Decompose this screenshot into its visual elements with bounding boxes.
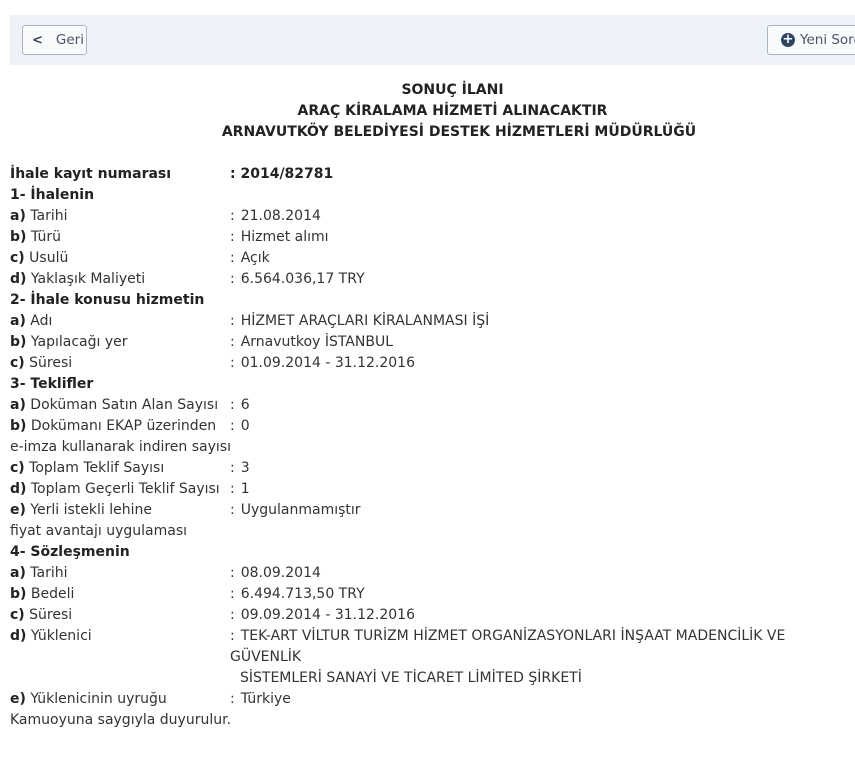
record-number-row: İhale kayıt numarası : 2014/82781 bbox=[10, 164, 855, 185]
field-label: c) Usulü bbox=[10, 248, 228, 269]
field-label: b) Yapılacağı yer bbox=[10, 332, 228, 353]
field-letter: b) bbox=[10, 586, 26, 602]
field-row: d) Toplam Geçerli Teklif Sayısı:1 bbox=[10, 479, 855, 500]
section-title: 1- İhalenin bbox=[10, 185, 855, 206]
field-value-text: 1 bbox=[241, 481, 250, 497]
colon-separator: : bbox=[230, 691, 235, 707]
field-row: a) Doküman Satın Alan Sayısı:6 bbox=[10, 395, 855, 416]
field-row: e) Yerli istekli lehine:Uygulanmamıştır bbox=[10, 500, 855, 521]
field-row: c) Süresi:09.09.2014 - 31.12.2016 bbox=[10, 605, 855, 626]
field-value: :21.08.2014 bbox=[228, 206, 855, 227]
field-letter: e) bbox=[10, 691, 26, 707]
field-label-text: Süresi bbox=[25, 355, 72, 371]
field-value: :3 bbox=[228, 458, 855, 479]
field-value: :6 bbox=[228, 395, 855, 416]
field-value-text: 08.09.2014 bbox=[241, 565, 321, 581]
colon-separator: : bbox=[230, 586, 235, 602]
empty-label bbox=[10, 668, 228, 689]
field-row-continuation: SİSTEMLERİ SANAYİ VE TİCARET LİMİTED ŞİR… bbox=[10, 668, 855, 689]
colon-separator: : bbox=[230, 481, 235, 497]
field-value-text: Açık bbox=[241, 250, 270, 266]
field-value: :6.564.036,17 TRY bbox=[228, 269, 855, 290]
field-label-text: Tarihi bbox=[26, 565, 68, 581]
field-value-text: 0 bbox=[241, 418, 250, 434]
colon-separator: : bbox=[230, 397, 235, 413]
field-value-line2: SİSTEMLERİ SANAYİ VE TİCARET LİMİTED ŞİR… bbox=[228, 668, 855, 689]
new-query-button[interactable]: + Yeni Sorg bbox=[767, 25, 855, 55]
field-letter: c) bbox=[10, 607, 25, 623]
field-label: a) Tarihi bbox=[10, 206, 228, 227]
field-value-text: 09.09.2014 - 31.12.2016 bbox=[241, 607, 415, 623]
colon-separator: : bbox=[230, 355, 235, 371]
field-value-text: Uygulanmamıştır bbox=[241, 502, 361, 518]
plus-circle-icon: + bbox=[781, 33, 795, 47]
field-value-text: 01.09.2014 - 31.12.2016 bbox=[241, 355, 415, 371]
field-row: b) Yapılacağı yer:Arnavutkoy İSTANBUL bbox=[10, 332, 855, 353]
toolbar: < Geri + Yeni Sorg bbox=[10, 15, 855, 65]
announcement-body: İhale kayıt numarası : 2014/82781 1- İha… bbox=[10, 164, 855, 731]
field-value: :Uygulanmamıştır bbox=[228, 500, 855, 521]
field-label-text: Adı bbox=[26, 313, 53, 329]
field-value: :Açık bbox=[228, 248, 855, 269]
field-letter: b) bbox=[10, 334, 26, 350]
field-label-text: Yüklenicinin uyruğu bbox=[26, 691, 167, 707]
chevron-left-icon: < bbox=[32, 33, 43, 48]
field-value: :Arnavutkoy İSTANBUL bbox=[228, 332, 855, 353]
field-letter: a) bbox=[10, 397, 26, 413]
field-row: b) Bedeli:6.494.713,50 TRY bbox=[10, 584, 855, 605]
field-letter: a) bbox=[10, 313, 26, 329]
colon-separator: : bbox=[230, 565, 235, 581]
field-value-text: Türkiye bbox=[241, 691, 291, 707]
record-number-label: İhale kayıt numarası bbox=[10, 164, 228, 185]
field-value: :HİZMET ARAÇLARI KİRALANMASI İŞİ bbox=[228, 311, 855, 332]
colon-separator: : bbox=[230, 334, 235, 350]
colon-separator: : bbox=[230, 502, 235, 518]
field-value: :08.09.2014 bbox=[228, 563, 855, 584]
field-value: :0 bbox=[228, 416, 855, 437]
field-letter: d) bbox=[10, 628, 26, 644]
field-label-text: Tarihi bbox=[26, 208, 68, 224]
field-row: c) Usulü:Açık bbox=[10, 248, 855, 269]
field-value: :1 bbox=[228, 479, 855, 500]
field-value-text: HİZMET ARAÇLARI KİRALANMASI İŞİ bbox=[241, 313, 490, 329]
colon-separator: : bbox=[230, 460, 235, 476]
field-label-text: Yerli istekli lehine bbox=[26, 502, 152, 518]
field-label-text: Yapılacağı yer bbox=[26, 334, 127, 350]
field-letter: d) bbox=[10, 481, 26, 497]
announcement-header: SONUÇ İLANI ARAÇ KİRALAMA HİZMETİ ALINAC… bbox=[0, 80, 855, 143]
field-value-text: TEK-ART VİLTUR TURİZM HİZMET ORGANİZASYO… bbox=[230, 628, 785, 665]
field-label-text: Bedeli bbox=[26, 586, 74, 602]
field-label: d) Yüklenici bbox=[10, 626, 228, 668]
field-letter: a) bbox=[10, 208, 26, 224]
field-value: :01.09.2014 - 31.12.2016 bbox=[228, 353, 855, 374]
back-button[interactable]: < Geri bbox=[22, 25, 87, 55]
field-label-text: Toplam Teklif Sayısı bbox=[25, 460, 165, 476]
field-value-text: Hizmet alımı bbox=[241, 229, 329, 245]
field-row: b) Türü:Hizmet alımı bbox=[10, 227, 855, 248]
sections: 1- İhalenina) Tarihi:21.08.2014b) Türü:H… bbox=[10, 185, 855, 710]
field-value: :TEK-ART VİLTUR TURİZM HİZMET ORGANİZASY… bbox=[228, 626, 855, 668]
field-value-text: 6 bbox=[241, 397, 250, 413]
field-letter: b) bbox=[10, 418, 26, 434]
colon-separator: : bbox=[230, 271, 235, 287]
field-row: a) Tarihi:08.09.2014 bbox=[10, 563, 855, 584]
field-letter: e) bbox=[10, 502, 26, 518]
field-label: a) Doküman Satın Alan Sayısı bbox=[10, 395, 228, 416]
footer-text: Kamuoyuna saygıyla duyurulur. bbox=[10, 710, 855, 731]
colon-separator: : bbox=[230, 607, 235, 623]
title-line-1: SONUÇ İLANI bbox=[0, 80, 855, 101]
back-button-label: Geri bbox=[56, 32, 84, 48]
field-label: a) Adı bbox=[10, 311, 228, 332]
field-label: c) Süresi bbox=[10, 353, 228, 374]
field-label-text: Dokümanı EKAP üzerinden bbox=[26, 418, 216, 434]
field-value-text: 6.494.713,50 TRY bbox=[241, 586, 365, 602]
field-label: b) Dokümanı EKAP üzerinden bbox=[10, 416, 228, 437]
field-value: :09.09.2014 - 31.12.2016 bbox=[228, 605, 855, 626]
colon-separator: : bbox=[230, 628, 235, 644]
field-label-text: Türü bbox=[26, 229, 61, 245]
record-number-value: : 2014/82781 bbox=[228, 164, 855, 185]
field-letter: c) bbox=[10, 460, 25, 476]
field-label: a) Tarihi bbox=[10, 563, 228, 584]
field-label-text: Yüklenici bbox=[26, 628, 91, 644]
field-label: b) Türü bbox=[10, 227, 228, 248]
section-title: 3- Teklifler bbox=[10, 374, 855, 395]
colon-separator: : bbox=[230, 208, 235, 224]
field-letter: d) bbox=[10, 271, 26, 287]
field-label: e) Yerli istekli lehine bbox=[10, 500, 228, 521]
section-title: 2- İhale konusu hizmetin bbox=[10, 290, 855, 311]
field-letter: b) bbox=[10, 229, 26, 245]
field-row: c) Toplam Teklif Sayısı:3 bbox=[10, 458, 855, 479]
field-label-text: Süresi bbox=[25, 607, 72, 623]
field-letter: c) bbox=[10, 355, 25, 371]
field-label-text: Yaklaşık Maliyeti bbox=[26, 271, 145, 287]
field-label: d) Yaklaşık Maliyeti bbox=[10, 269, 228, 290]
field-row: b) Dokümanı EKAP üzerinden:0 bbox=[10, 416, 855, 437]
field-row: e) Yüklenicinin uyruğu:Türkiye bbox=[10, 689, 855, 710]
new-query-label: Yeni Sorg bbox=[800, 32, 855, 48]
title-line-3: ARNAVUTKÖY BELEDİYESİ DESTEK HİZMETLERİ … bbox=[0, 122, 855, 143]
field-value-text: 21.08.2014 bbox=[241, 208, 321, 224]
field-value-text: 3 bbox=[241, 460, 250, 476]
field-label: c) Toplam Teklif Sayısı bbox=[10, 458, 228, 479]
field-row: d) Yaklaşık Maliyeti:6.564.036,17 TRY bbox=[10, 269, 855, 290]
section-title: 4- Sözleşmenin bbox=[10, 542, 855, 563]
field-row: d) Yüklenici:TEK-ART VİLTUR TURİZM HİZME… bbox=[10, 626, 855, 668]
field-label: d) Toplam Geçerli Teklif Sayısı bbox=[10, 479, 228, 500]
field-value: :6.494.713,50 TRY bbox=[228, 584, 855, 605]
field-label: b) Bedeli bbox=[10, 584, 228, 605]
field-value: :Hizmet alımı bbox=[228, 227, 855, 248]
field-row: a) Adı:HİZMET ARAÇLARI KİRALANMASI İŞİ bbox=[10, 311, 855, 332]
field-label-continuation: fiyat avantajı uygulaması bbox=[10, 521, 855, 542]
field-label: c) Süresi bbox=[10, 605, 228, 626]
field-label-text: Usulü bbox=[25, 250, 69, 266]
field-letter: a) bbox=[10, 565, 26, 581]
field-value-text: Arnavutkoy İSTANBUL bbox=[241, 334, 393, 350]
field-label-text: Toplam Geçerli Teklif Sayısı bbox=[26, 481, 219, 497]
field-row: a) Tarihi:21.08.2014 bbox=[10, 206, 855, 227]
field-letter: c) bbox=[10, 250, 25, 266]
field-label-text: Doküman Satın Alan Sayısı bbox=[26, 397, 218, 413]
field-label-continuation: e-imza kullanarak indiren sayısı bbox=[10, 437, 855, 458]
colon-separator: : bbox=[230, 250, 235, 266]
field-value-text: 6.564.036,17 TRY bbox=[241, 271, 365, 287]
field-label: e) Yüklenicinin uyruğu bbox=[10, 689, 228, 710]
colon-separator: : bbox=[230, 418, 235, 434]
colon-separator: : bbox=[230, 313, 235, 329]
field-row: c) Süresi:01.09.2014 - 31.12.2016 bbox=[10, 353, 855, 374]
field-value: :Türkiye bbox=[228, 689, 855, 710]
title-line-2: ARAÇ KİRALAMA HİZMETİ ALINACAKTIR bbox=[0, 101, 855, 122]
colon-separator: : bbox=[230, 229, 235, 245]
